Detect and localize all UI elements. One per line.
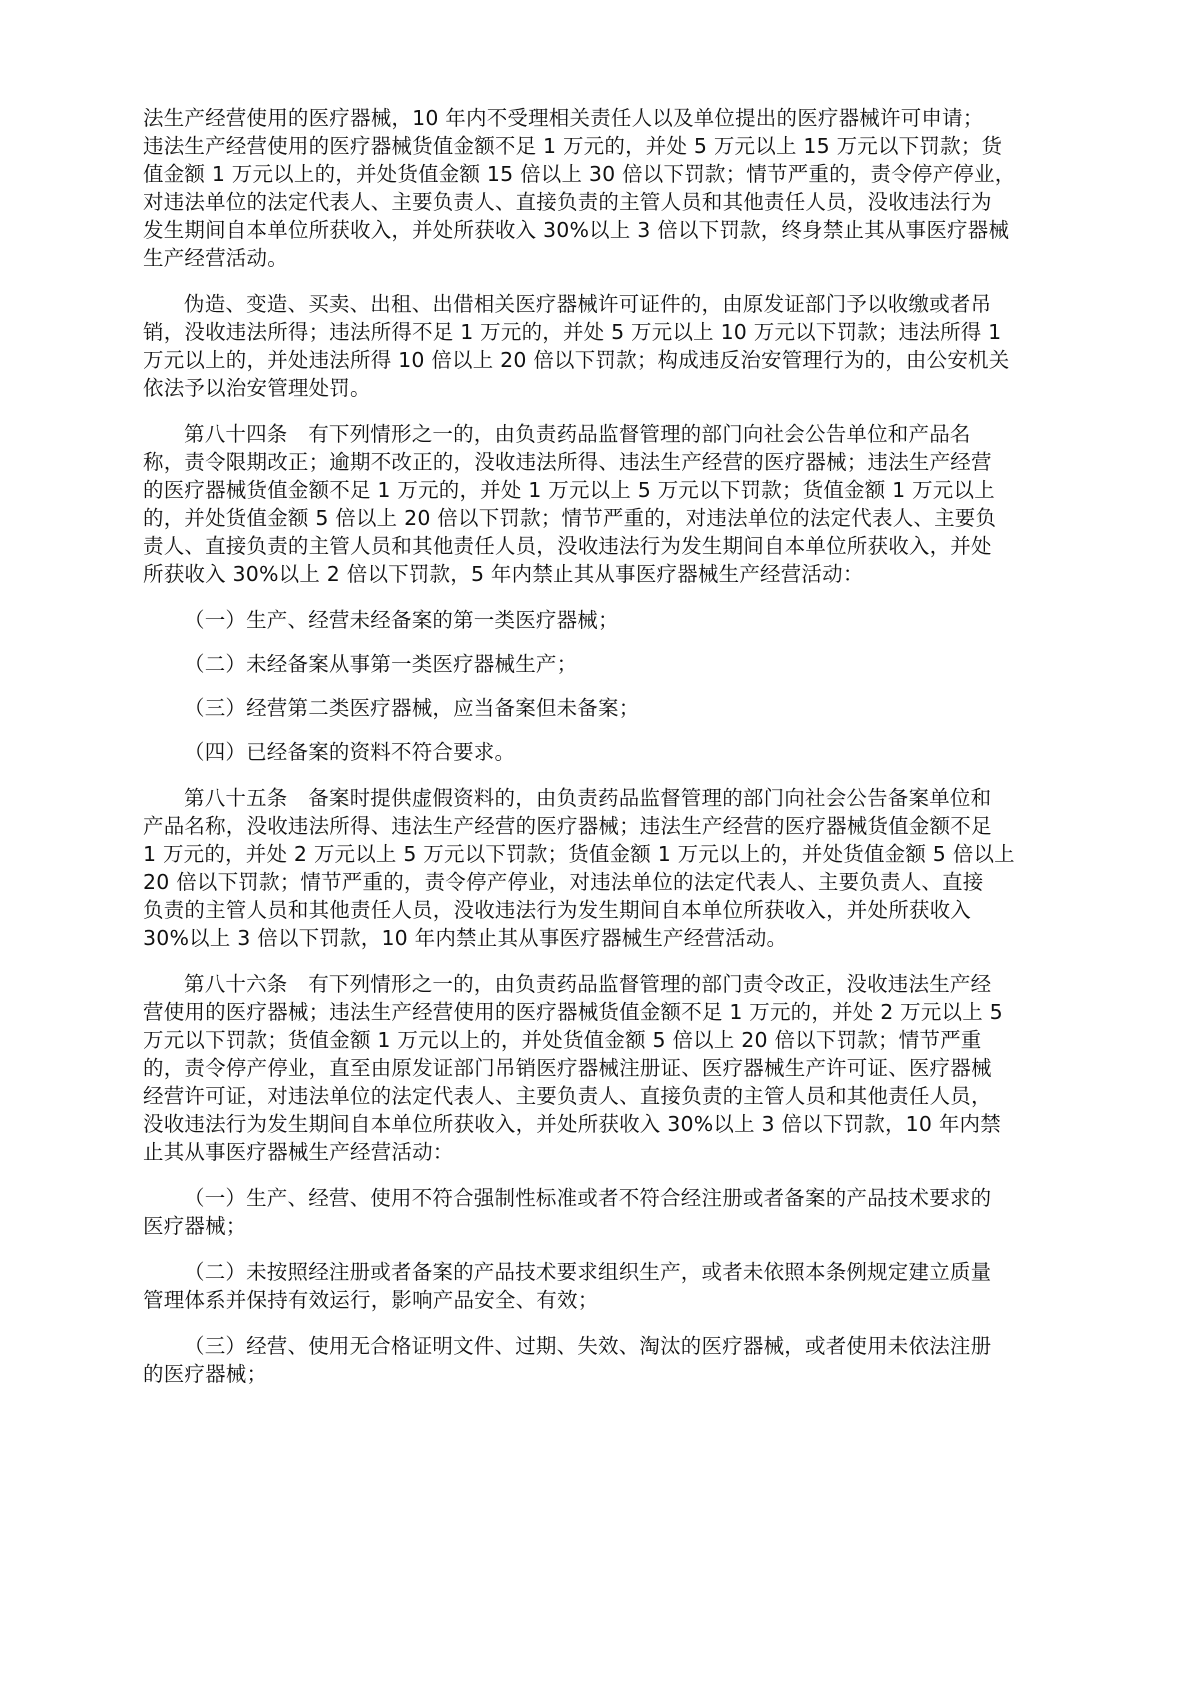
- text-line: 没收违法行为发生期间自本单位所获收入，并处所获收入 30%以上 3 倍以下罚款，…: [143, 1110, 1003, 1138]
- list-item-text: （三）经营第二类医疗器械，应当备案但未备案；: [143, 694, 1003, 722]
- text-line: 的，责令停产停业，直至由原发证部门吊销医疗器械注册证、医疗器械生产许可证、医疗器…: [143, 1054, 1003, 1082]
- article-heading-line: 第八十四条 有下列情形之一的，由负责药品监督管理的部门向社会公告单位和产品名: [143, 420, 1003, 448]
- text-line: 称，责令限期改正；逾期不改正的，没收违法所得、违法生产经营的医疗器械；违法生产经…: [143, 448, 1003, 476]
- text-line: 20 倍以下罚款；情节严重的，责令停产停业，对违法单位的法定代表人、主要负责人、…: [143, 868, 1003, 896]
- paragraph-forgery: 伪造、变造、买卖、出租、出借相关医疗器械许可证件的，由原发证部门予以收缴或者吊 …: [143, 290, 1003, 402]
- text-line: 违法生产经营使用的医疗器械货值金额不足 1 万元的，并处 5 万元以上 15 万…: [143, 132, 1003, 160]
- article-84-item-1: （一）生产、经营未经备案的第一类医疗器械；: [143, 606, 1003, 634]
- list-item-text: （一）生产、经营、使用不符合强制性标准或者不符合经注册或者备案的产品技术要求的: [143, 1184, 1003, 1212]
- article-84-item-2: （二）未经备案从事第一类医疗器械生产；: [143, 650, 1003, 678]
- article-86-item-1: （一）生产、经营、使用不符合强制性标准或者不符合经注册或者备案的产品技术要求的 …: [143, 1184, 1003, 1240]
- article-84: 第八十四条 有下列情形之一的，由负责药品监督管理的部门向社会公告单位和产品名 称…: [143, 420, 1003, 588]
- text-line: 的，并处货值金额 5 倍以上 20 倍以下罚款；情节严重的，对违法单位的法定代表…: [143, 504, 1003, 532]
- list-item-text: （四）已经备案的资料不符合要求。: [143, 738, 1003, 766]
- text-line: 万元以下罚款；货值金额 1 万元以上的，并处货值金额 5 倍以上 20 倍以下罚…: [143, 1026, 1003, 1054]
- article-86-item-3: （三）经营、使用无合格证明文件、过期、失效、淘汰的医疗器械，或者使用未依法注册 …: [143, 1332, 1003, 1388]
- text-line: 30%以上 3 倍以下罚款，10 年内禁止其从事医疗器械生产经营活动。: [143, 924, 1003, 952]
- list-item-text: 管理体系并保持有效运行，影响产品安全、有效；: [143, 1286, 1003, 1314]
- text-line: 值金额 1 万元以上的，并处货值金额 15 倍以上 30 倍以下罚款；情节严重的…: [143, 160, 1003, 188]
- text-line: 产品名称，没收违法所得、违法生产经营的医疗器械；违法生产经营的医疗器械货值金额不…: [143, 812, 1003, 840]
- text-line: 所获收入 30%以上 2 倍以下罚款，5 年内禁止其从事医疗器械生产经营活动：: [143, 560, 1003, 588]
- text-line: 止其从事医疗器械生产经营活动：: [143, 1138, 1003, 1166]
- text-line: 对违法单位的法定代表人、主要负责人、直接负责的主管人员和其他责任人员，没收违法行…: [143, 188, 1003, 216]
- text-line: 依法予以治安管理处罚。: [143, 374, 1003, 402]
- text-line: 负责的主管人员和其他责任人员，没收违法行为发生期间自本单位所获收入，并处所获收入: [143, 896, 1003, 924]
- article-84-item-4: （四）已经备案的资料不符合要求。: [143, 738, 1003, 766]
- list-item-text: （一）生产、经营未经备案的第一类医疗器械；: [143, 606, 1003, 634]
- article-84-item-3: （三）经营第二类医疗器械，应当备案但未备案；: [143, 694, 1003, 722]
- list-item-text: 医疗器械；: [143, 1212, 1003, 1240]
- text-line: 万元以上的，并处违法所得 10 倍以上 20 倍以下罚款；构成违反治安管理行为的…: [143, 346, 1003, 374]
- article-86: 第八十六条 有下列情形之一的，由负责药品监督管理的部门责令改正，没收违法生产经 …: [143, 970, 1003, 1166]
- list-item-text: 的医疗器械；: [143, 1360, 1003, 1388]
- article-heading-line: 第八十五条 备案时提供虚假资料的，由负责药品监督管理的部门向社会公告备案单位和: [143, 784, 1003, 812]
- text-line: 1 万元的，并处 2 万元以上 5 万元以下罚款；货值金额 1 万元以上的，并处…: [143, 840, 1003, 868]
- text-line: 经营许可证，对违法单位的法定代表人、主要负责人、直接负责的主管人员和其他责任人员…: [143, 1082, 1003, 1110]
- list-item-text: （二）未按照经注册或者备案的产品技术要求组织生产，或者未依照本条例规定建立质量: [143, 1258, 1003, 1286]
- article-heading-line: 第八十六条 有下列情形之一的，由负责药品监督管理的部门责令改正，没收违法生产经: [143, 970, 1003, 998]
- paragraph-continuation: 法生产经营使用的医疗器械，10 年内不受理相关责任人以及单位提出的医疗器械许可申…: [143, 104, 1003, 272]
- text-line: 销，没收违法所得；违法所得不足 1 万元的，并处 5 万元以上 10 万元以下罚…: [143, 318, 1003, 346]
- text-line: 责人、直接负责的主管人员和其他责任人员，没收违法行为发生期间自本单位所获收入，并…: [143, 532, 1003, 560]
- list-item-text: （二）未经备案从事第一类医疗器械生产；: [143, 650, 1003, 678]
- text-line: 法生产经营使用的医疗器械，10 年内不受理相关责任人以及单位提出的医疗器械许可申…: [143, 104, 1003, 132]
- text-line: 伪造、变造、买卖、出租、出借相关医疗器械许可证件的，由原发证部门予以收缴或者吊: [143, 290, 1003, 318]
- text-line: 的医疗器械货值金额不足 1 万元的，并处 1 万元以上 5 万元以下罚款；货值金…: [143, 476, 1003, 504]
- text-line: 营使用的医疗器械；违法生产经营使用的医疗器械货值金额不足 1 万元的，并处 2 …: [143, 998, 1003, 1026]
- article-86-item-2: （二）未按照经注册或者备案的产品技术要求组织生产，或者未依照本条例规定建立质量 …: [143, 1258, 1003, 1314]
- article-85: 第八十五条 备案时提供虚假资料的，由负责药品监督管理的部门向社会公告备案单位和 …: [143, 784, 1003, 952]
- document-page: 法生产经营使用的医疗器械，10 年内不受理相关责任人以及单位提出的医疗器械许可申…: [143, 104, 1003, 1406]
- list-item-text: （三）经营、使用无合格证明文件、过期、失效、淘汰的医疗器械，或者使用未依法注册: [143, 1332, 1003, 1360]
- text-line: 生产经营活动。: [143, 244, 1003, 272]
- text-line: 发生期间自本单位所获收入，并处所获收入 30%以上 3 倍以下罚款，终身禁止其从…: [143, 216, 1003, 244]
